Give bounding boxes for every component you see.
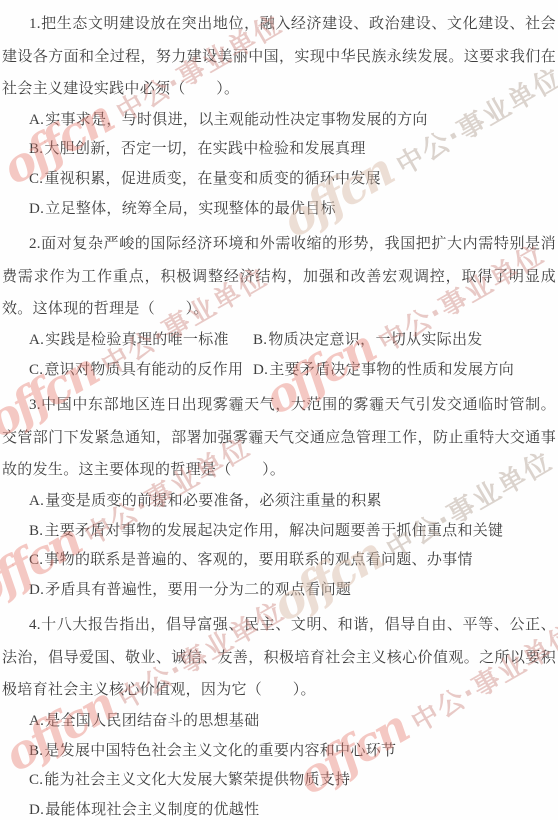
question-1-stem: 1.把生态文明建设放在突出地位，融入经济建设、政治建设、文化建设、社会建设各方面… <box>2 8 556 106</box>
option-label: A. <box>29 493 44 509</box>
option-label: B. <box>253 332 267 348</box>
option-label: D. <box>29 582 44 598</box>
question-4-stem: 4.十八大报告指出，倡导富强、民主、文明、和谐，倡导自由、平等、公正、法治，倡导… <box>2 609 556 707</box>
option-text: 能为社会主义文化大发展大繁荣提供物质支持 <box>44 772 350 788</box>
option-2c: C.意识对物质具有能动的反作用 <box>29 356 253 386</box>
option-text: 意识对物质具有能动的反作用 <box>44 362 243 378</box>
option-row: C.意识对物质具有能动的反作用 D.主要矛盾决定事物的性质和发展方向 <box>2 356 556 386</box>
option-text: 立足整体，统筹全局，实现整体的最优目标 <box>45 201 336 217</box>
question-1-options: A.实事求是，与时俱进，以主观能动性决定事物发展的方向 B.大胆创新，否定一切，… <box>2 106 556 224</box>
option-3b: B.主要矛盾对事物的发展起决定作用，解决问题要善于抓住重点和关键 <box>29 517 556 547</box>
question-4: 4.十八大报告指出，倡导富强、民主、文明、和谐，倡导自由、平等、公正、法治，倡导… <box>2 609 556 820</box>
option-2b: B.物质决定意识，一切从实际出发 <box>253 326 483 356</box>
option-text: 重视积累，促进质变，在量变和质变的循环中发展 <box>44 171 381 187</box>
option-text: 事物的联系是普遍的、客观的，要用联系的观点看问题、办事情 <box>44 552 472 568</box>
option-4a: A.是全国人民团结奋斗的思想基础 <box>29 707 556 737</box>
option-1a: A.实事求是，与时俱进，以主观能动性决定事物发展的方向 <box>29 106 556 136</box>
option-label: B. <box>29 523 43 539</box>
question-3: 3.中国中东部地区连日出现雾霾天气，大范围的雾霾天气引发交通临时管制。交管部门下… <box>2 389 556 605</box>
option-text: 物质决定意识，一切从实际出发 <box>268 332 482 348</box>
question-4-options: A.是全国人民团结奋斗的思想基础 B.是发展中国特色社会主义文化的重要内容和中心… <box>2 707 556 820</box>
option-row: A.实践是检验真理的唯一标准 B.物质决定意识，一切从实际出发 <box>2 326 556 356</box>
option-label: C. <box>29 552 43 568</box>
question-3-stem: 3.中国中东部地区连日出现雾霾天气，大范围的雾霾天气引发交通临时管制。交管部门下… <box>2 389 556 487</box>
option-label: A. <box>29 332 44 348</box>
option-text: 实事求是，与时俱进，以主观能动性决定事物发展的方向 <box>45 112 428 128</box>
option-text: 是发展中国特色社会主义文化的重要内容和中心环节 <box>44 743 396 759</box>
exam-document-page: 1.把生态文明建设放在突出地位，融入经济建设、政治建设、文化建设、社会建设各方面… <box>0 0 558 820</box>
option-label: C. <box>29 171 43 187</box>
option-1c: C.重视积累，促进质变，在量变和质变的循环中发展 <box>29 165 556 195</box>
option-label: D. <box>29 802 44 818</box>
option-text: 大胆创新，否定一切，在实践中检验和发展真理 <box>44 141 365 157</box>
option-label: A. <box>29 112 44 128</box>
option-3d: D.矛盾具有普遍性，要用一分为二的观点看问题 <box>29 576 556 606</box>
question-2: 2.面对复杂严峻的国际经济环境和外需收缩的形势，我国把扩大内需特别是消费需求作为… <box>2 228 556 385</box>
option-1d: D.立足整体，统筹全局，实现整体的最优目标 <box>29 195 556 225</box>
option-label: C. <box>29 362 43 378</box>
option-text: 主要矛盾决定事物的性质和发展方向 <box>269 362 514 378</box>
option-label: D. <box>29 201 44 217</box>
option-label: D. <box>253 362 268 378</box>
option-2d: D.主要矛盾决定事物的性质和发展方向 <box>253 356 514 386</box>
option-1b: B.大胆创新，否定一切，在实践中检验和发展真理 <box>29 135 556 165</box>
question-1: 1.把生态文明建设放在突出地位，融入经济建设、政治建设、文化建设、社会建设各方面… <box>2 8 556 224</box>
option-text: 是全国人民团结奋斗的思想基础 <box>45 713 259 729</box>
option-label: B. <box>29 743 43 759</box>
option-label: A. <box>29 713 44 729</box>
option-text: 量变是质变的前提和必要准备，必须注重量的积累 <box>45 493 382 509</box>
option-text: 最能体现社会主义制度的优越性 <box>45 802 259 818</box>
option-label: B. <box>29 141 43 157</box>
option-4d: D.最能体现社会主义制度的优越性 <box>29 796 556 820</box>
question-2-options: A.实践是检验真理的唯一标准 B.物质决定意识，一切从实际出发 C.意识对物质具… <box>2 326 556 385</box>
option-text: 矛盾具有普遍性，要用一分为二的观点看问题 <box>45 582 351 598</box>
option-4c: C.能为社会主义文化大发展大繁荣提供物质支持 <box>29 766 556 796</box>
option-text: 实践是检验真理的唯一标准 <box>45 332 229 348</box>
option-text: 主要矛盾对事物的发展起决定作用，解决问题要善于抓住重点和关键 <box>44 523 503 539</box>
question-2-stem: 2.面对复杂严峻的国际经济环境和外需收缩的形势，我国把扩大内需特别是消费需求作为… <box>2 228 556 326</box>
question-3-options: A.量变是质变的前提和必要准备，必须注重量的积累 B.主要矛盾对事物的发展起决定… <box>2 487 556 605</box>
option-3c: C.事物的联系是普遍的、客观的，要用联系的观点看问题、办事情 <box>29 546 556 576</box>
option-2a: A.实践是检验真理的唯一标准 <box>29 326 253 356</box>
option-3a: A.量变是质变的前提和必要准备，必须注重量的积累 <box>29 487 556 517</box>
option-4b: B.是发展中国特色社会主义文化的重要内容和中心环节 <box>29 737 556 767</box>
option-label: C. <box>29 772 43 788</box>
